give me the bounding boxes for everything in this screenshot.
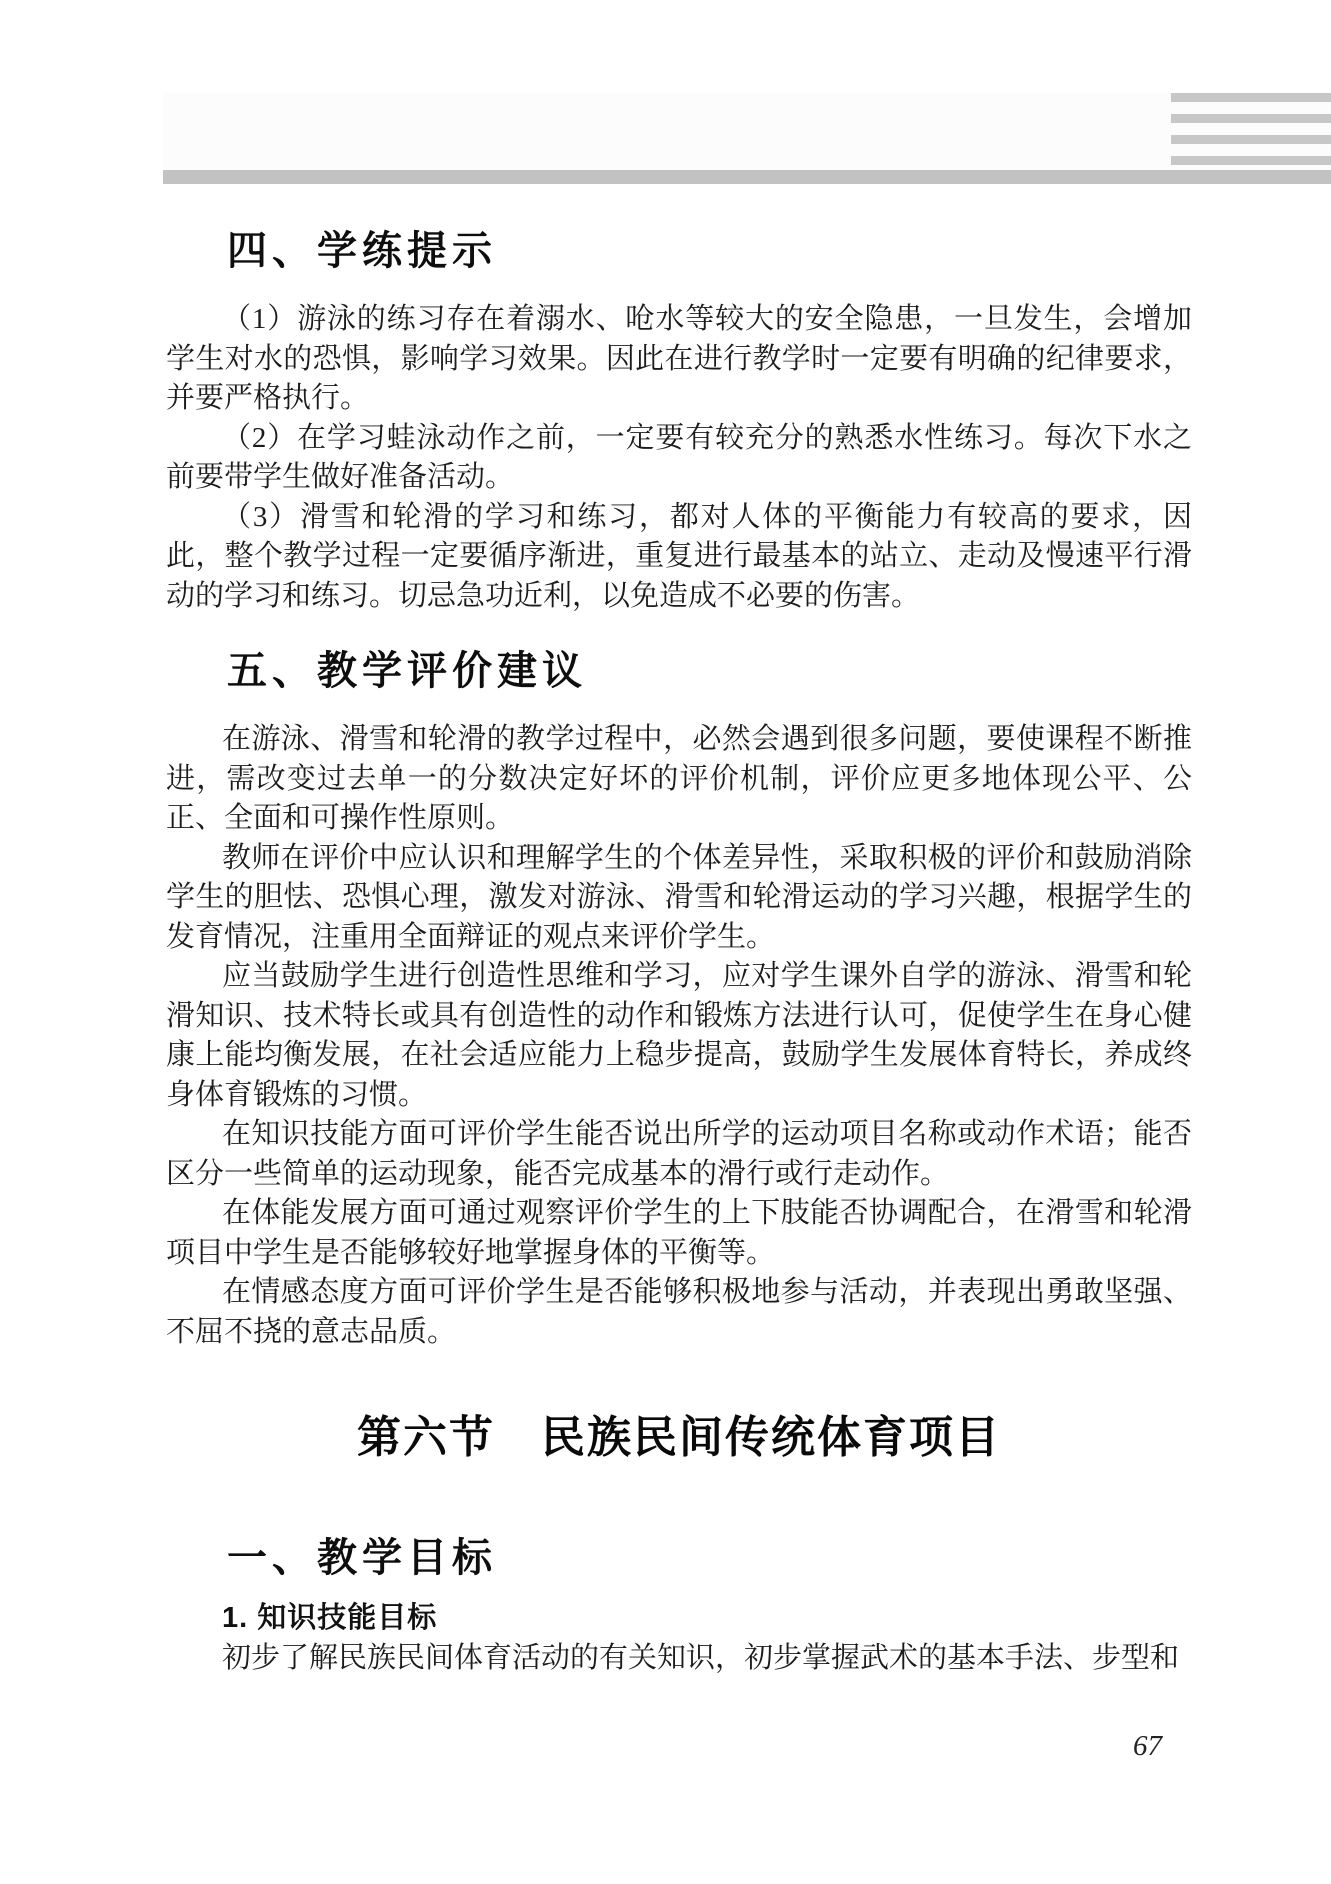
section-heading-teaching-evaluation-suggestions: 五、教学评价建议 [227, 646, 1192, 696]
body-paragraph: 初步了解民族民间体育活动的有关知识，初步掌握武术的基本手法、步型和 [166, 1639, 1192, 1679]
body-paragraph: 应当鼓励学生进行创造性思维和学习，应对学生课外自学的游泳、滑雪和轮滑知识、技术特… [166, 957, 1192, 1115]
page-content: 四、学练提示 （1）游泳的练习存在着溺水、呛水等较大的安全隐患，一旦发生，会增加… [166, 0, 1192, 1678]
body-paragraph: 在情感态度方面可评价学生是否能够积极地参与活动，并表现出勇敢坚强、不屈不挠的意志… [166, 1273, 1192, 1352]
section-heading-teaching-goals: 一、教学目标 [227, 1533, 1192, 1583]
textbook-page: 四、学练提示 （1）游泳的练习存在着溺水、呛水等较大的安全隐患，一旦发生，会增加… [0, 0, 1331, 1884]
body-paragraph: 教师在评价中应认识和理解学生的个体差异性，采取积极的评价和鼓励消除学生的胆怯、恐… [166, 839, 1192, 958]
header-stripe [1171, 156, 1331, 165]
header-stripe [1171, 135, 1331, 144]
header-stripe [1171, 93, 1331, 102]
page-number: 67 [1133, 1729, 1162, 1763]
body-paragraph: （2）在学习蛙泳动作之前，一定要有较充分的熟悉水性练习。每次下水之前要带学生做好… [166, 419, 1192, 498]
body-paragraph: 在体能发展方面可通过观察评价学生的上下肢能否协调配合，在滑雪和轮滑项目中学生是否… [166, 1194, 1192, 1273]
body-paragraph: 在游泳、滑雪和轮滑的教学过程中，必然会遇到很多问题，要使课程不断推进，需改变过去… [166, 720, 1192, 839]
section-heading-study-practice-tips: 四、学练提示 [227, 226, 1192, 276]
body-paragraph: （3）滑雪和轮滑的学习和练习，都对人体的平衡能力有较高的要求，因此，整个教学过程… [166, 498, 1192, 617]
header-stripe [1171, 114, 1331, 123]
chapter-title: 第六节 民族民间传统体育项目 [166, 1409, 1192, 1467]
subheading-knowledge-skill-goals: 1. 知识技能目标 [222, 1599, 1192, 1639]
body-paragraph: 在知识技能方面可评价学生能否说出所学的运动项目名称或动作术语；能否区分一些简单的… [166, 1115, 1192, 1194]
body-paragraph: （1）游泳的练习存在着溺水、呛水等较大的安全隐患，一旦发生，会增加学生对水的恐惧… [166, 300, 1192, 419]
